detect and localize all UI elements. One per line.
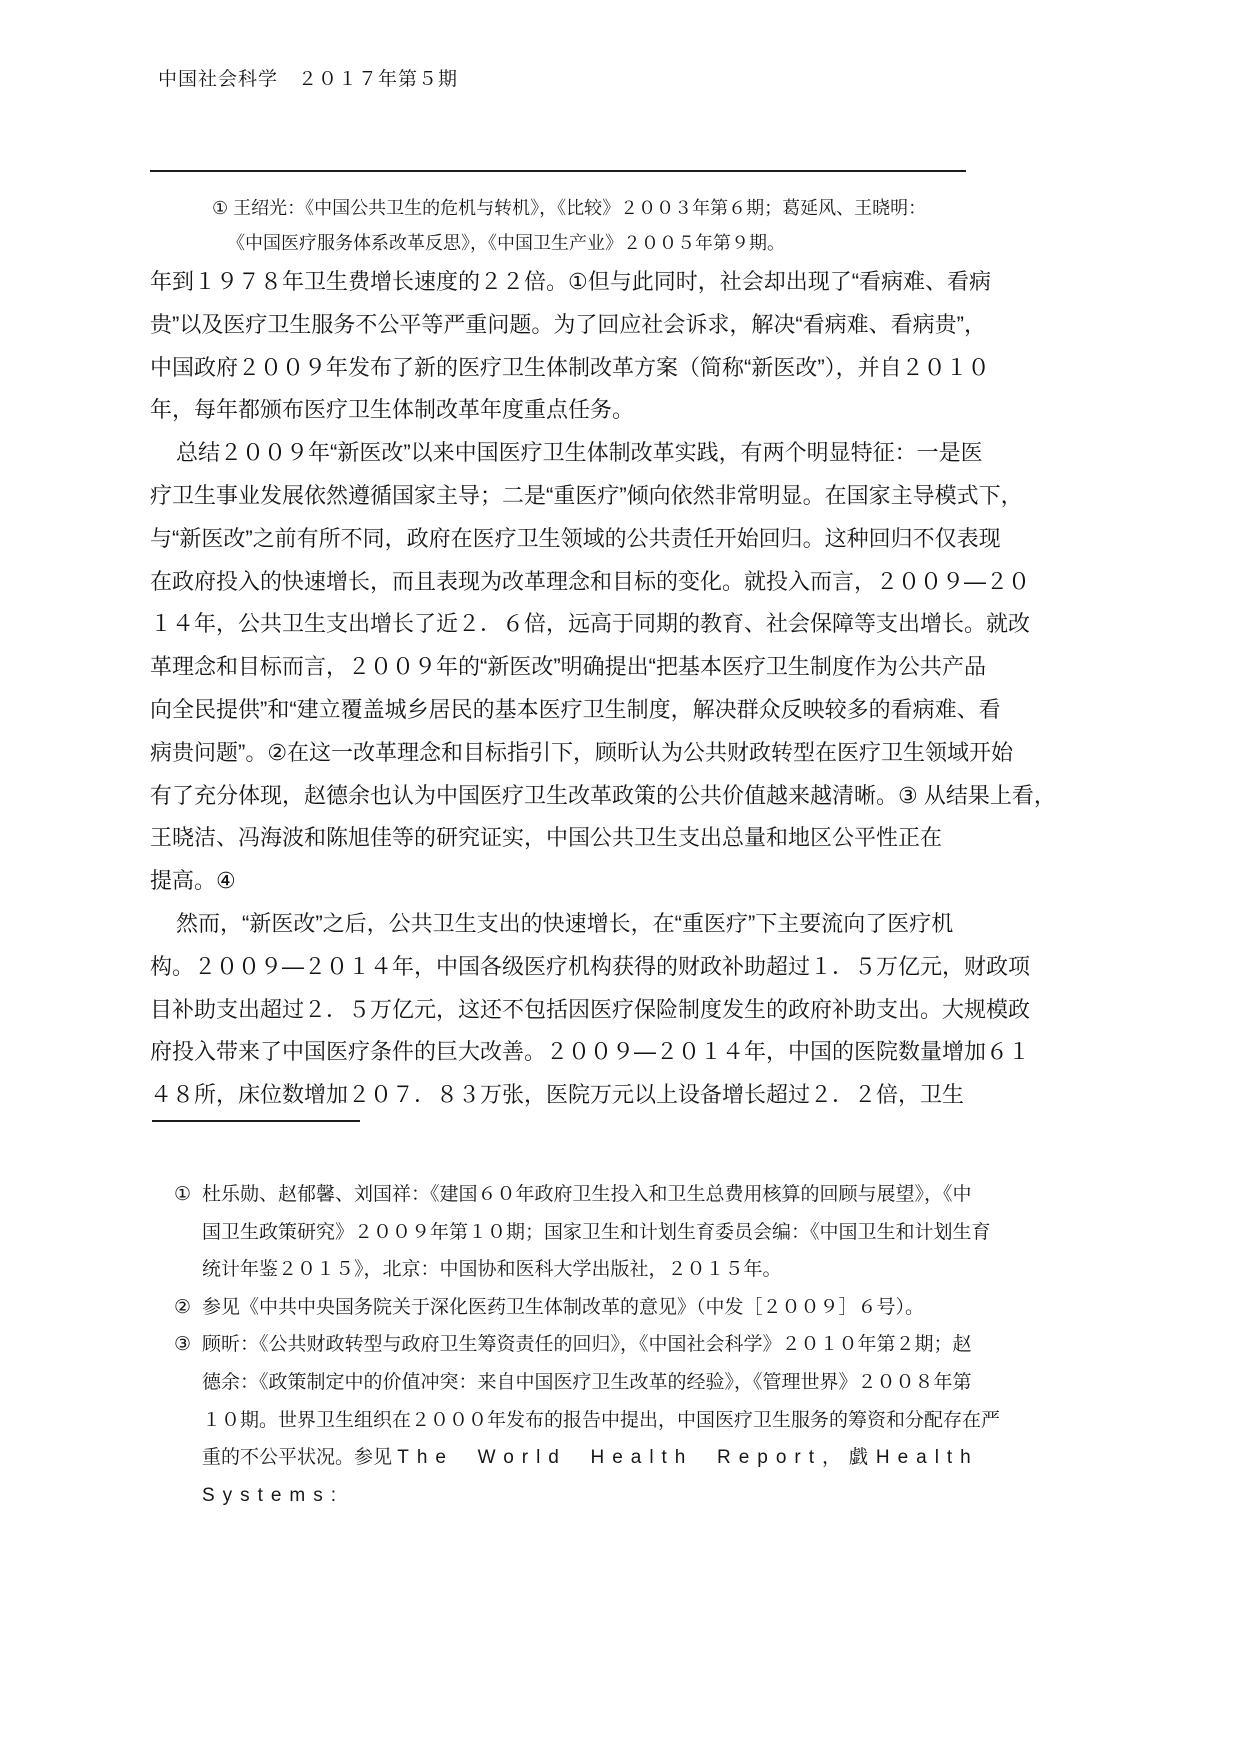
body-line: 总结２００９年“新医改”以来中国医疗卫生体制改革实践，有两个明显特征：一是医 bbox=[150, 432, 1130, 475]
body-line: 王晓洁、冯海波和陈旭佳等的研究证实，中国公共卫生支出总量和地区公平性正在 bbox=[150, 817, 1130, 860]
body-line: 与“新医改”之前有所不同，政府在医疗卫生领域的公共责任开始回归。这种回归不仅表现 bbox=[150, 518, 1130, 561]
footnote-2: ② 参见《中共中央国务院关于深化医药卫生体制改革的意见》（中发［２００９］６号）… bbox=[150, 1289, 1130, 1327]
body-line: 有了充分体现，赵德余也认为中国医疗卫生改革政策的公共价值越来越清晰。③ 从结果上… bbox=[150, 775, 1130, 818]
body-line: 疗卫生事业发展依然遵循国家主导；二是“重医疗”倾向依然非常明显。在国家主导模式下… bbox=[150, 475, 1130, 518]
footnote-line: 重的不公平状况。参见 The World Health Report，戯Heal… bbox=[150, 1439, 1130, 1477]
footnote-marker: ③ bbox=[174, 1326, 191, 1364]
body-line: 中国政府２００９年发布了新的医疗卫生体制改革方案（简称“新医改”），并自２０１０ bbox=[150, 347, 1130, 390]
footnotes: ① 杜乐勋、赵郁馨、刘国祥：《建国６０年政府卫生投入和卫生总费用核算的回顾与展望… bbox=[150, 1176, 1130, 1514]
body-line: 在政府投入的快速增长，而且表现为改革理念和目标的变化。就投入而言，２００９—２０ bbox=[150, 561, 1130, 604]
body-text: 年到１９７８年卫生费增长速度的２２倍。①但与此同时，社会却出现了“看病难、看病 … bbox=[150, 261, 1130, 1117]
body-line: 向全民提供”和“建立覆盖城乡居民的基本医疗卫生制度，解决群众反映较多的看病难、看 bbox=[150, 689, 1130, 732]
footnote-line: 参见《中共中央国务院关于深化医药卫生体制改革的意见》（中发［２００９］６号）。 bbox=[150, 1289, 1130, 1327]
body-line: 然而，“新医改”之后，公共卫生支出的快速增长，在“重医疗”下主要流向了医疗机 bbox=[150, 903, 1130, 946]
body-line: 病贵问题”。②在这一改革理念和目标指引下，顾昕认为公共财政转型在医疗卫生领域开始 bbox=[150, 732, 1130, 775]
journal-header: 中国社会科学 ２０１７年第５期 bbox=[158, 64, 458, 91]
footnote-line-en: The World Health Report，戯Health bbox=[397, 1447, 978, 1468]
footnote-3: ③ 顾昕：《公共财政转型与政府卫生筹资责任的回归》，《中国社会科学》２０１０年第… bbox=[150, 1326, 1130, 1514]
footnote-line-zh: 重的不公平状况。参见 bbox=[202, 1447, 397, 1468]
body-line: 年，每年都颁布医疗卫生体制改革年度重点任务。 bbox=[150, 389, 1130, 432]
body-line: ４８所，床位数增加２０７．８３万张，医院万元以上设备增长超过２．２倍，卫生 bbox=[150, 1074, 1130, 1117]
footnote-line: 德余：《政策制定中的价值冲突：来自中国医疗卫生改革的经验》，《管理世界》２００８… bbox=[150, 1364, 1130, 1402]
carryover-footnote-line: ① 王绍光：《中国公共卫生的危机与转机》，《比较》２００３年第６期；葛延风、王晓… bbox=[212, 194, 926, 220]
body-line: 构。２００９—２０１４年，中国各级医疗机构获得的财政补助超过１．５万亿元，财政项 bbox=[150, 946, 1130, 989]
footnote-line: 统计年鉴２０１５》，北京：中国协和医科大学出版社，２０１５年。 bbox=[150, 1251, 1130, 1289]
body-line: 府投入带来了中国医疗条件的巨大改善。２００９—２０１４年，中国的医院数量增加６１ bbox=[150, 1031, 1130, 1074]
header-separator-rule bbox=[150, 170, 966, 172]
footnote-line: １０期。世界卫生组织在２０００年发布的报告中提出，中国医疗卫生服务的筹资和分配存… bbox=[150, 1402, 1130, 1440]
footnote-marker: ② bbox=[174, 1289, 191, 1327]
footnote-line: 国卫生政策研究》２００９年第１０期；国家卫生和计划生育委员会编：《中国卫生和计划… bbox=[150, 1214, 1130, 1252]
footnote-line: 顾昕：《公共财政转型与政府卫生筹资责任的回归》，《中国社会科学》２０１０年第２期… bbox=[150, 1326, 1130, 1364]
footnote-separator-rule bbox=[152, 1120, 360, 1122]
body-line: １４年，公共卫生支出增长了近２．６倍，远高于同期的教育、社会保障等支出增长。就改 bbox=[150, 603, 1130, 646]
footnote-line: 杜乐勋、赵郁馨、刘国祥：《建国６０年政府卫生投入和卫生总费用核算的回顾与展望》，… bbox=[150, 1176, 1130, 1214]
footnote-line-en: Systems: bbox=[202, 1485, 344, 1506]
body-line: 目补助支出超过２．５万亿元，这还不包括因医疗保险制度发生的政府补助支出。大规模政 bbox=[150, 989, 1130, 1032]
body-line: 贵”以及医疗卫生服务不公平等严重问题。为了回应社会诉求，解决“看病难、看病贵”， bbox=[150, 304, 1130, 347]
carryover-footnote-line: 《中国医疗服务体系改革反思》，《中国卫生产业》２００５年第９期。 bbox=[227, 229, 785, 255]
footnote-line: Systems: bbox=[150, 1477, 1130, 1515]
document-page: 中国社会科学 ２０１７年第５期 ① 王绍光：《中国公共卫生的危机与转机》，《比较… bbox=[0, 0, 1240, 1754]
body-line: 年到１９７８年卫生费增长速度的２２倍。①但与此同时，社会却出现了“看病难、看病 bbox=[150, 261, 1130, 304]
body-line: 提高。④ bbox=[150, 860, 1130, 903]
footnote-1: ① 杜乐勋、赵郁馨、刘国祥：《建国６０年政府卫生投入和卫生总费用核算的回顾与展望… bbox=[150, 1176, 1130, 1289]
footnote-marker: ① bbox=[174, 1176, 191, 1214]
body-line: 革理念和目标而言，２００９年的“新医改”明确提出“把基本医疗卫生制度作为公共产品 bbox=[150, 646, 1130, 689]
